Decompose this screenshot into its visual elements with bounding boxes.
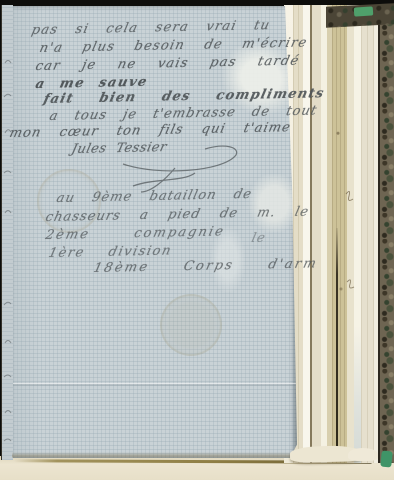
page-bottom-shadow xyxy=(12,452,290,458)
paper-stain xyxy=(249,174,299,232)
paper-crease xyxy=(13,383,297,386)
page-edge xyxy=(303,5,310,463)
book-cover-marbled-edge xyxy=(378,5,394,463)
edge-ink-marks xyxy=(340,180,360,300)
signature-flourish xyxy=(95,140,245,202)
page-edge xyxy=(312,5,321,463)
page-edge xyxy=(361,5,374,463)
address-line: 1ère division xyxy=(47,243,174,261)
page-edge-stack xyxy=(284,5,394,463)
previous-page-sliver xyxy=(1,5,13,460)
green-cover-mark-bottom xyxy=(380,450,393,467)
green-cover-mark-top xyxy=(354,6,374,16)
faint-postal-stamp xyxy=(160,294,222,356)
bleed-through-ink-fragments xyxy=(2,5,14,460)
curled-page-corner xyxy=(348,448,378,461)
page-edge-gap-shadow xyxy=(336,228,338,458)
photo-of-handwritten-letter: pas si cela sera vrai tu n'a plus besoin… xyxy=(0,0,394,480)
